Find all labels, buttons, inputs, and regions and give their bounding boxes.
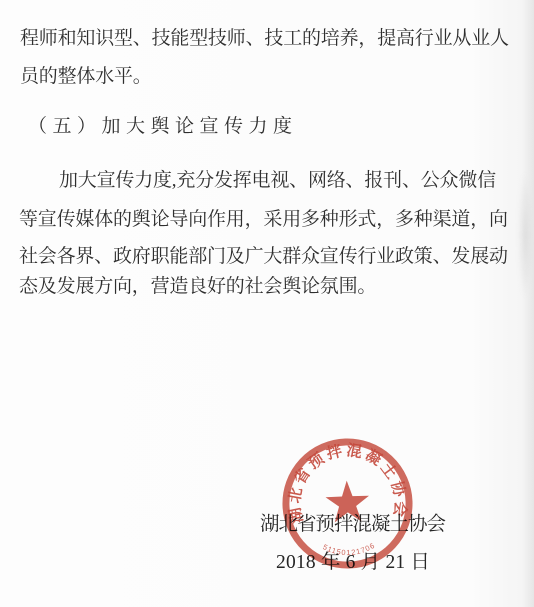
scan-smudge-artifact bbox=[518, 170, 532, 300]
paragraph-line: 态及发展方向，营造良好的社会舆论氛围。 bbox=[19, 276, 376, 299]
seal-code: 51150121706 bbox=[321, 541, 377, 559]
body-text-line: 程师和知识型、技能型技师、技工的培养，提高行业从业人 bbox=[20, 28, 509, 51]
star-icon bbox=[325, 480, 370, 523]
scanned-document-page: 程师和知识型、技能型技师、技工的培养，提高行业从业人 员的整体水平。 （五）加大… bbox=[0, 0, 534, 607]
paragraph-line: 加大宣传力度,充分发挥电视、网络、报刊、公众微信 bbox=[59, 170, 496, 193]
section-heading: （五）加大舆论宣传力度 bbox=[28, 116, 298, 139]
official-seal-stamp: 湖北省预拌混凝土协会 51150121706 bbox=[276, 432, 420, 576]
seal-code-label: 51150121706 bbox=[321, 541, 377, 559]
paragraph-line: 等宣传媒体的舆论导向作用，采用多种形式，多种渠道，向 bbox=[19, 209, 508, 232]
body-text-line: 员的整体水平。 bbox=[20, 66, 152, 89]
paragraph-line: 社会各界、政府职能部门及广大群众宣传行业政策、发展动 bbox=[19, 246, 508, 269]
scan-edge-shading bbox=[522, 0, 534, 607]
